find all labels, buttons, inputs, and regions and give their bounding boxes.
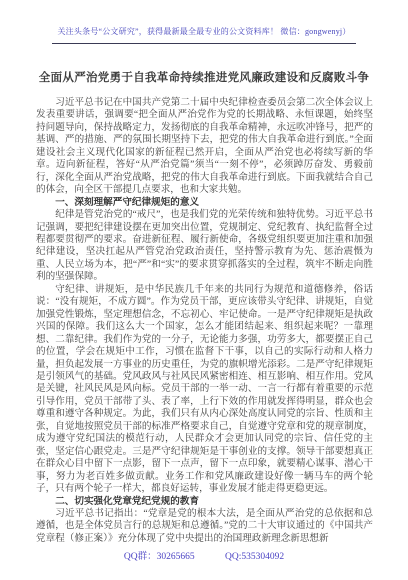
- document-page: 关注头条号“公文研究”，获得最新最全最专业的公文资料库！ 微信：gongweny…: [0, 0, 408, 580]
- document-title: 全面从严治党勇于自我革命持续推进党风廉政建设和反腐败斗争: [20, 69, 388, 85]
- page-header: 关注头条号“公文研究”，获得最新最全最专业的公文资料库！ 微信：gongweny…: [52, 21, 356, 44]
- qq-group-contact: QQ群：30265665: [124, 548, 195, 562]
- section-heading-2: 二、切实强化党章党纪党规的教育: [36, 496, 373, 508]
- body-paragraph-1: 习近平总书记在中国共产党第二十届中央纪律检查委员会第二次全体会议上发表重要讲话，…: [36, 97, 373, 197]
- header-promo-text: 关注头条号“公文研究”，获得最新最全最专业的公文资料库！ 微信：gongweny…: [57, 27, 350, 36]
- body-paragraph-4: 习近平总书记指出：“党章是党的根本大法，是全面从严治党的总依据和总遵循，也是全体…: [36, 508, 373, 545]
- section-heading-1: 一、深刻理解严守纪律规矩的意义: [36, 197, 373, 209]
- qq-contact: QQ:535304092: [225, 552, 284, 562]
- document-body: 习近平总书记在中国共产党第二十届中央纪律检查委员会第二次全体会议上发表重要讲话，…: [36, 97, 373, 545]
- page-footer: QQ群：30265665 QQ:535304092: [0, 548, 408, 562]
- body-paragraph-2: 纪律是管党治党的“戒尺”，也是我们党的光荣传统和独特优势。习近平总书记强调，要把…: [36, 209, 373, 284]
- body-paragraph-3: 守纪律、讲规矩，是中华民族几千年来的共同行为规范和道德修养，俗话说：“没有规矩，…: [36, 284, 373, 496]
